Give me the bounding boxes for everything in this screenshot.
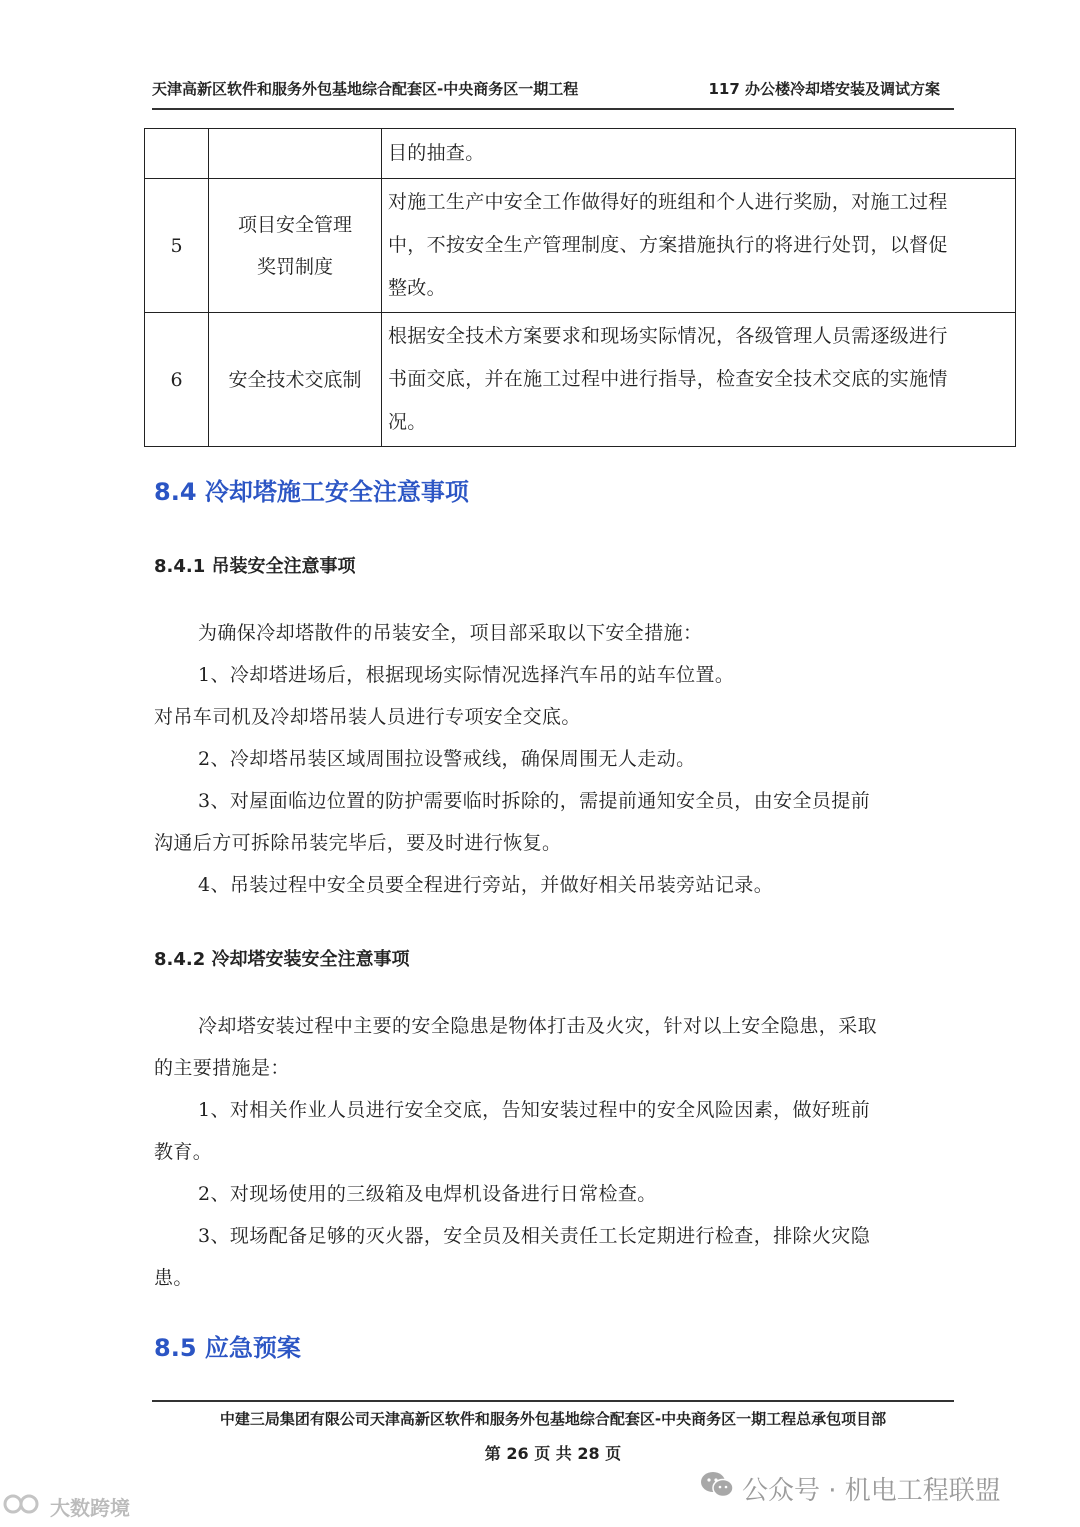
section-heading-8-4: 8.4 冷却塔施工安全注意事项 bbox=[154, 472, 469, 507]
description-line: 对施工生产中安全工作做得好的班组和个人进行奖励，对施工过程 bbox=[388, 181, 1009, 224]
section-8-4-2-body: 冷却塔安装过程中主要的安全隐患是物体打击及火灾，针对以上安全隐患，采取 的主要措… bbox=[154, 1005, 954, 1299]
footer-organization: 中建三局集团有限公司天津高新区软件和服务外包基地综合配套区-中央商务区一期工程总… bbox=[152, 1408, 954, 1429]
description-line: 况。 bbox=[388, 401, 1009, 444]
page-header: 天津高新区软件和服务外包基地综合配套区-中央商务区一期工程 117 办公楼冷却塔… bbox=[152, 72, 954, 110]
header-doc-title: 117 办公楼冷却塔安装及调试方案 bbox=[708, 78, 940, 99]
logo-icon bbox=[2, 1493, 46, 1520]
row-description: 对施工生产中安全工作做得好的班组和个人进行奖励，对施工过程 中，不按安全生产管理… bbox=[382, 179, 1016, 313]
row-name bbox=[209, 129, 382, 179]
page-number: 第 26 页 共 28 页 bbox=[152, 1441, 954, 1464]
description-line: 书面交底，并在施工过程中进行指导，检查安全技术交底的实施情 bbox=[388, 358, 1009, 401]
row-number bbox=[145, 129, 209, 179]
paragraph-line: 2、冷却塔吊装区域周围拉设警戒线，确保周围无人走动。 bbox=[154, 738, 954, 780]
paragraph-line: 2、对现场使用的三级箱及电焊机设备进行日常检查。 bbox=[154, 1173, 954, 1215]
corner-watermark: 大数跨境 bbox=[2, 1492, 130, 1521]
name-line: 项目安全管理 bbox=[210, 204, 380, 246]
paragraph-line: 3、对屋面临边位置的防护需要临时拆除的，需提前通知安全员，由安全员提前 bbox=[154, 780, 954, 822]
paragraph-line: 1、冷却塔进场后，根据现场实际情况选择汽车吊的站车位置。 bbox=[154, 654, 954, 696]
wechat-icon bbox=[700, 1471, 734, 1506]
paragraph-line: 对吊车司机及冷却塔吊装人员进行专项安全交底。 bbox=[154, 696, 954, 738]
watermark-text: 大数跨境 bbox=[50, 1492, 130, 1521]
name-line: 奖罚制度 bbox=[210, 246, 380, 288]
safety-system-table: 目的抽查。 5 项目安全管理 奖罚制度 对施工生产中安全工作做得好的班组和个人进… bbox=[144, 128, 1016, 447]
paragraph-line: 冷却塔安装过程中主要的安全隐患是物体打击及火灾，针对以上安全隐患，采取 bbox=[154, 1005, 954, 1047]
wechat-watermark: 公众号 · 机电工程联盟 bbox=[700, 1470, 1001, 1507]
table-row: 6 安全技术交底制 根据安全技术方案要求和现场实际情况，各级管理人员需逐级进行 … bbox=[145, 313, 1016, 447]
watermark-text: 公众号 · 机电工程联盟 bbox=[742, 1470, 1001, 1507]
table-row: 目的抽查。 bbox=[145, 129, 1016, 179]
paragraph-line: 教育。 bbox=[154, 1131, 954, 1173]
row-description: 目的抽查。 bbox=[382, 129, 1016, 179]
paragraph-line: 沟通后方可拆除吊装完毕后，要及时进行恢复。 bbox=[154, 822, 954, 864]
table-row: 5 项目安全管理 奖罚制度 对施工生产中安全工作做得好的班组和个人进行奖励，对施… bbox=[145, 179, 1016, 313]
row-number: 5 bbox=[145, 179, 209, 313]
row-name: 安全技术交底制 bbox=[209, 313, 382, 447]
paragraph-line: 为确保冷却塔散件的吊装安全，项目部采取以下安全措施： bbox=[154, 612, 954, 654]
row-name: 项目安全管理 奖罚制度 bbox=[209, 179, 382, 313]
name-line: 安全技术交底制 bbox=[210, 359, 380, 401]
description-line: 整改。 bbox=[388, 267, 1009, 310]
paragraph-line: 4、吊装过程中安全员要全程进行旁站，并做好相关吊装旁站记录。 bbox=[154, 864, 954, 906]
paragraph-line: 的主要措施是： bbox=[154, 1047, 954, 1089]
paragraph-line: 患。 bbox=[154, 1257, 954, 1299]
paragraph-line: 3、现场配备足够的灭火器，安全员及相关责任工长定期进行检查，排除火灾隐 bbox=[154, 1215, 954, 1257]
description-line: 中，不按安全生产管理制度、方案措施执行的将进行处罚，以督促 bbox=[388, 224, 1009, 267]
row-description: 根据安全技术方案要求和现场实际情况，各级管理人员需逐级进行 书面交底，并在施工过… bbox=[382, 313, 1016, 447]
page-footer: 中建三局集团有限公司天津高新区软件和服务外包基地综合配套区-中央商务区一期工程总… bbox=[152, 1400, 954, 1464]
description-line: 目的抽查。 bbox=[388, 142, 485, 164]
paragraph-line: 1、对相关作业人员进行安全交底，告知安装过程中的安全风险因素，做好班前 bbox=[154, 1089, 954, 1131]
section-heading-8-4-2: 8.4.2 冷却塔安装安全注意事项 bbox=[154, 945, 410, 971]
header-project-title: 天津高新区软件和服务外包基地综合配套区-中央商务区一期工程 bbox=[152, 78, 578, 99]
description-line: 根据安全技术方案要求和现场实际情况，各级管理人员需逐级进行 bbox=[388, 315, 1009, 358]
section-heading-8-4-1: 8.4.1 吊装安全注意事项 bbox=[154, 552, 356, 578]
section-8-4-1-body: 为确保冷却塔散件的吊装安全，项目部采取以下安全措施： 1、冷却塔进场后，根据现场… bbox=[154, 612, 954, 906]
row-number: 6 bbox=[145, 313, 209, 447]
section-heading-8-5: 8.5 应急预案 bbox=[154, 1328, 301, 1363]
